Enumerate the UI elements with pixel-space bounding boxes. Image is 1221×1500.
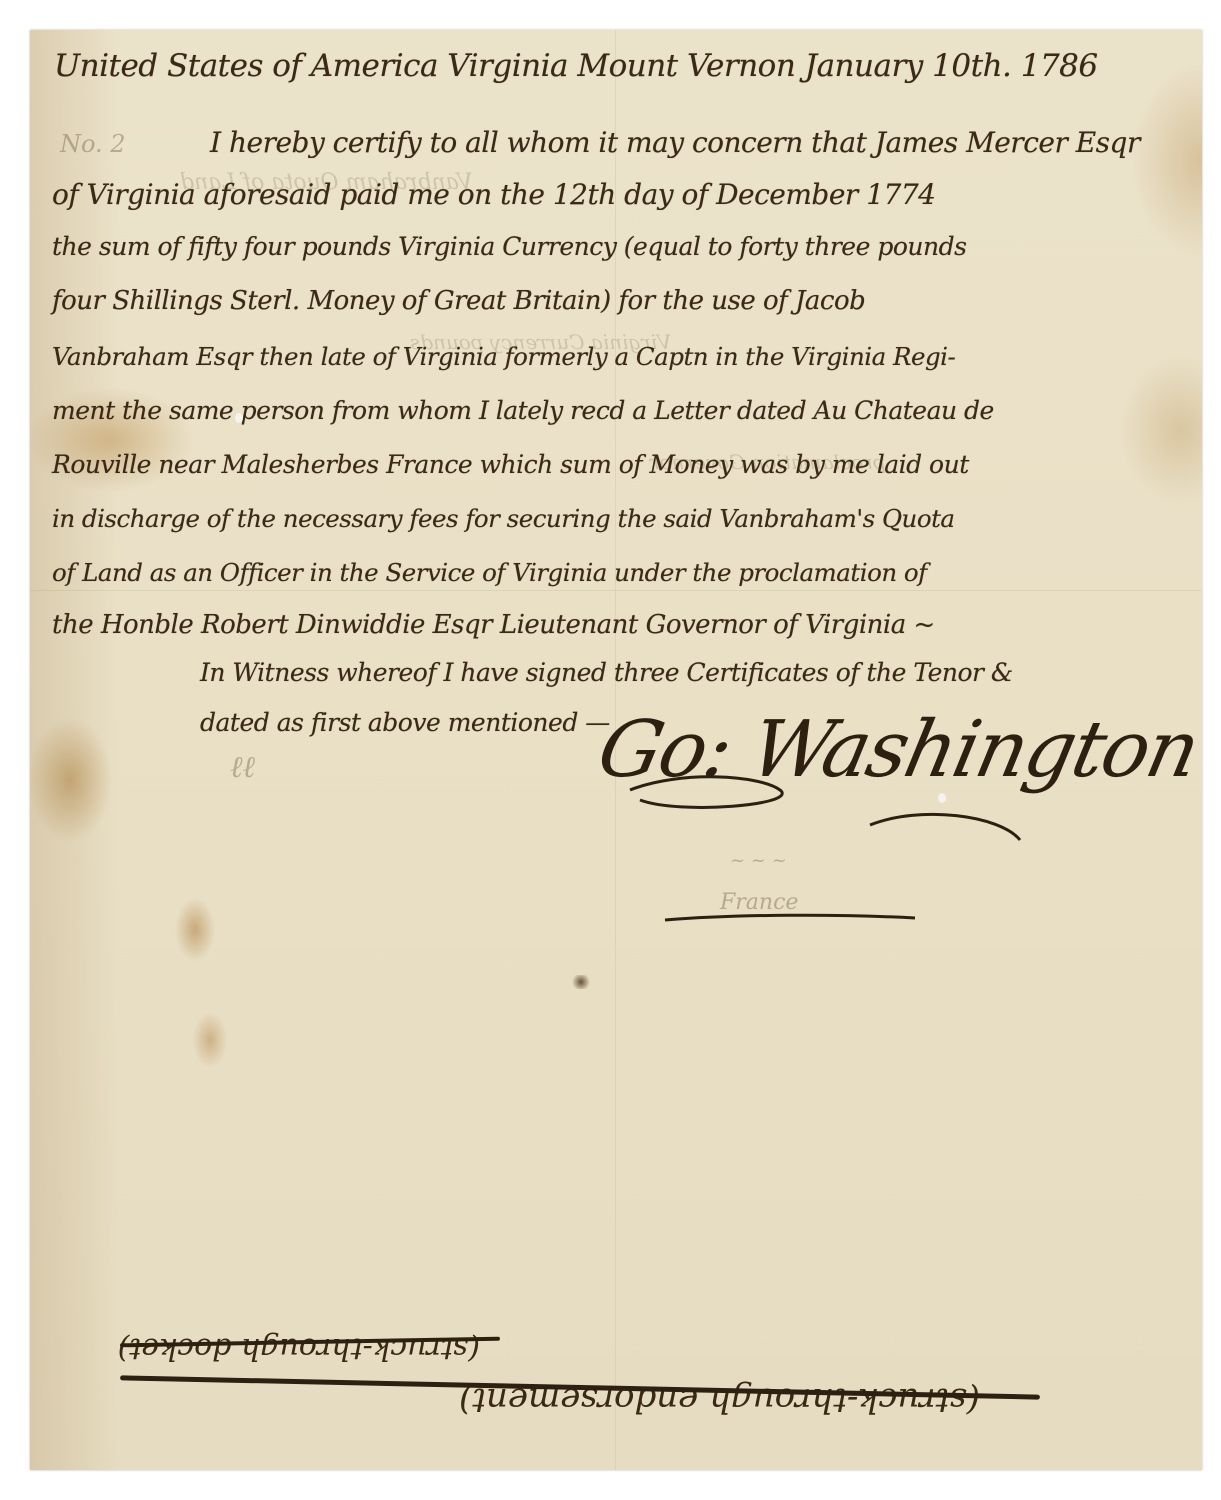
signature-flourish (620, 760, 1160, 850)
document-heading: United States of America Virginia Mount … (54, 48, 1098, 84)
paper-hole (235, 413, 243, 423)
witness-line: In Witness whereof I have signed three C… (200, 658, 1013, 687)
body-line: Vanbraham Esqr then late of Virginia for… (52, 342, 955, 371)
docket-line: (struck-through docket) (118, 1331, 480, 1366)
body-line: of Land as an Officer in the Service of … (52, 558, 927, 587)
body-line: four Shillings Sterl. Money of Great Bri… (52, 286, 865, 316)
body-line: of Virginia aforesaid paid me on the 12t… (52, 178, 935, 211)
signature-underline (660, 912, 920, 924)
margin-note: No. 2 (60, 130, 126, 158)
body-line: I hereby certify to all whom it may conc… (210, 126, 1140, 159)
body-line: in discharge of the necessary fees for s… (52, 504, 955, 533)
witness-line: dated as first above mentioned — (200, 708, 610, 737)
body-line: the Honble Robert Dinwiddie Esqr Lieuten… (52, 610, 935, 640)
faint-show-through-mark: ℓℓ (230, 750, 255, 785)
fold-crease-horizontal (30, 590, 1202, 591)
body-line: ment the same person from whom I lately … (52, 396, 994, 425)
ink-blot (570, 975, 592, 989)
faint-show-through-mark: ~ ~ ~ (730, 850, 787, 871)
inverted-docket: (struck-through endorsement) (struck-thr… (60, 1320, 1040, 1430)
body-line: the sum of fifty four pounds Virginia Cu… (52, 232, 966, 261)
body-line: Rouville near Malesherbes France which s… (52, 450, 969, 479)
